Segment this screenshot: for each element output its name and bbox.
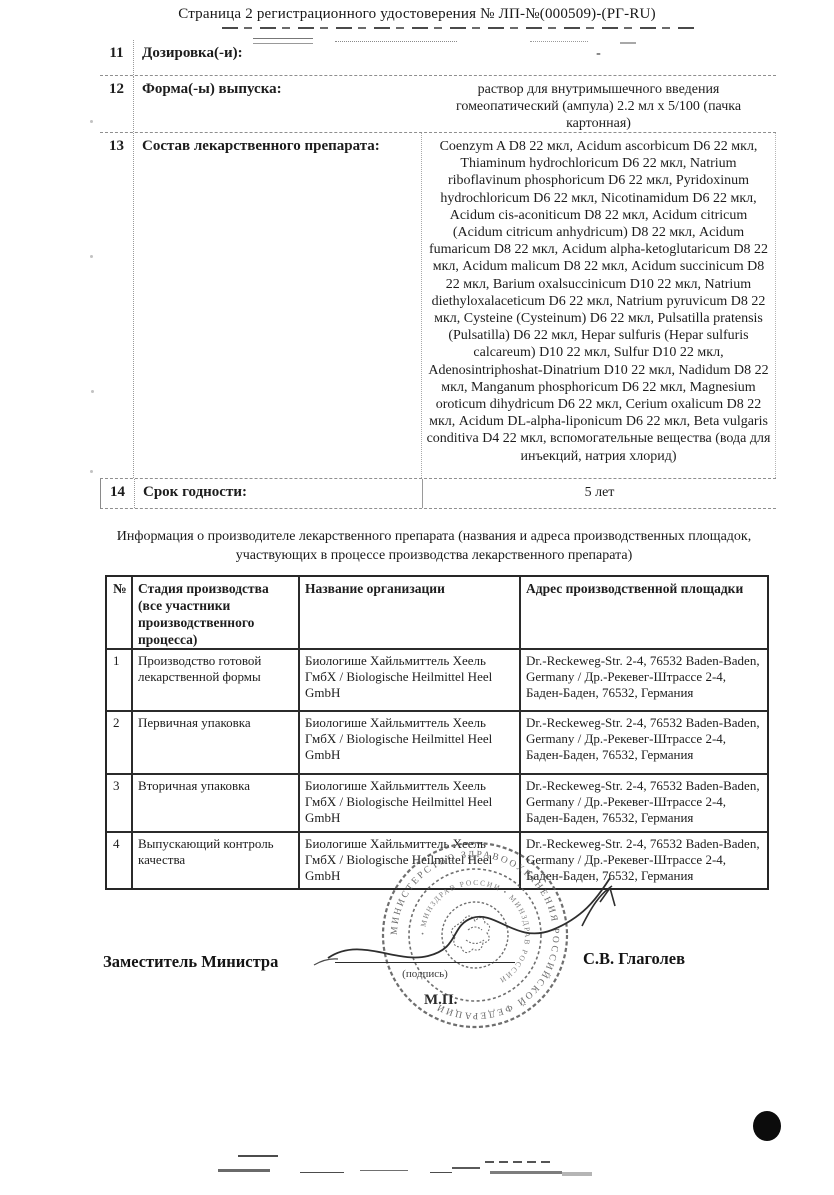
svg-text:МИНИСТЕРСТВО ЗДРАВООХРАНЕНИЯ Р: МИНИСТЕРСТВО ЗДРАВООХРАНЕНИЯ РОССИЙСКОЙ … — [390, 850, 560, 1020]
page-title: Страница 2 регистрационного удостоверени… — [0, 6, 834, 23]
scan-noise — [300, 1172, 344, 1173]
row-number: 14 — [101, 479, 135, 508]
scan-noise — [562, 1172, 592, 1176]
column-header-num: № — [107, 577, 133, 648]
scan-noise — [91, 390, 94, 393]
row-number: 11 — [100, 40, 134, 75]
official-seal-stamp: МИНИСТЕРСТВО ЗДРАВООХРАНЕНИЯ РОССИЙСКОЙ … — [300, 818, 670, 1036]
row-number: 13 — [100, 133, 134, 478]
details-table: 11 Дозировка(-и): - 12 Форма(-ы) выпуска… — [100, 40, 776, 509]
hole-punch-dot — [753, 1111, 781, 1141]
row-value: Coenzym A D8 22 мкл, Acidum ascorbicum D… — [421, 133, 776, 478]
row-label: Форма(-ы) выпуска: — [134, 76, 421, 132]
cell-num: 3 — [107, 775, 133, 831]
scan-noise — [90, 120, 93, 123]
scan-noise — [218, 1169, 270, 1172]
cell-stage: Вторичная упаковка — [133, 775, 300, 831]
cell-stage: Выпускающий контроль качества — [133, 833, 300, 888]
stamp-ring-text-outer: МИНИСТЕРСТВО ЗДРАВООХРАНЕНИЯ РОССИЙСКОЙ … — [390, 850, 560, 1020]
signature-line — [335, 962, 515, 963]
table-row: 13 Состав лекарственного препарата: Coen… — [100, 133, 776, 479]
eagle-emblem-icon — [451, 916, 489, 953]
cell-address: Dr.-Reckeweg-Str. 2-4, 76532 Baden-Baden… — [521, 650, 767, 710]
cell-organization: Биологише Хайльмиттель Хеель ГмбХ / Biol… — [300, 650, 521, 710]
minister-position-title: Заместитель Министра — [103, 952, 278, 972]
cell-stage: Производство готовой лекарственной формы — [133, 650, 300, 710]
table-header-row: № Стадия производства (все участники про… — [107, 577, 767, 650]
row-number: 12 — [100, 76, 134, 132]
scan-noise — [90, 255, 93, 258]
column-header-organization: Название организации — [300, 577, 521, 648]
header-underline — [222, 27, 700, 29]
column-header-stage: Стадия производства (все участники произ… — [133, 577, 300, 648]
signer-name: С.В. Глаголев — [583, 949, 685, 969]
row-label: Срок годности: — [135, 479, 422, 508]
row-value: 5 лет — [422, 479, 776, 508]
row-value: - — [421, 40, 776, 75]
table-row: 12 Форма(-ы) выпуска: раствор для внутри… — [100, 76, 776, 133]
scan-noise — [90, 470, 93, 473]
row-value: раствор для внутримышечного введения гом… — [421, 76, 776, 132]
cell-organization: Биологише Хайльмиттель Хеель ГмбХ / Biol… — [300, 712, 521, 773]
seal-place-caption: М.П. — [424, 992, 457, 1009]
table-row: 14 Срок годности: 5 лет — [100, 479, 776, 509]
column-header-address: Адрес производственной площадки — [521, 577, 767, 648]
document-page: Страница 2 регистрационного удостоверени… — [0, 0, 834, 1195]
row-label: Состав лекарственного препарата: — [134, 133, 421, 478]
cell-stage: Первичная упаковка — [133, 712, 300, 773]
cell-address: Dr.-Reckeweg-Str. 2-4, 76532 Baden-Baden… — [521, 712, 767, 773]
row-label: Дозировка(-и): — [134, 40, 421, 75]
cell-num: 1 — [107, 650, 133, 710]
signature-scribble — [314, 878, 615, 965]
scan-noise — [485, 1161, 555, 1163]
scan-noise — [430, 1172, 452, 1173]
cell-num: 2 — [107, 712, 133, 773]
cell-num: 4 — [107, 833, 133, 888]
signature-caption: (подпись) — [335, 968, 515, 980]
table-row: 11 Дозировка(-и): - — [100, 40, 776, 76]
table-row: 1 Производство готовой лекарственной фор… — [107, 650, 767, 712]
manufacturer-intro: Информация о производителе лекарственног… — [88, 528, 780, 565]
scan-noise — [452, 1167, 480, 1169]
scan-noise — [490, 1171, 562, 1174]
table-row: 2 Первичная упаковка Биологише Хайльмитт… — [107, 712, 767, 775]
scan-noise — [238, 1155, 278, 1157]
scan-noise — [360, 1170, 408, 1171]
